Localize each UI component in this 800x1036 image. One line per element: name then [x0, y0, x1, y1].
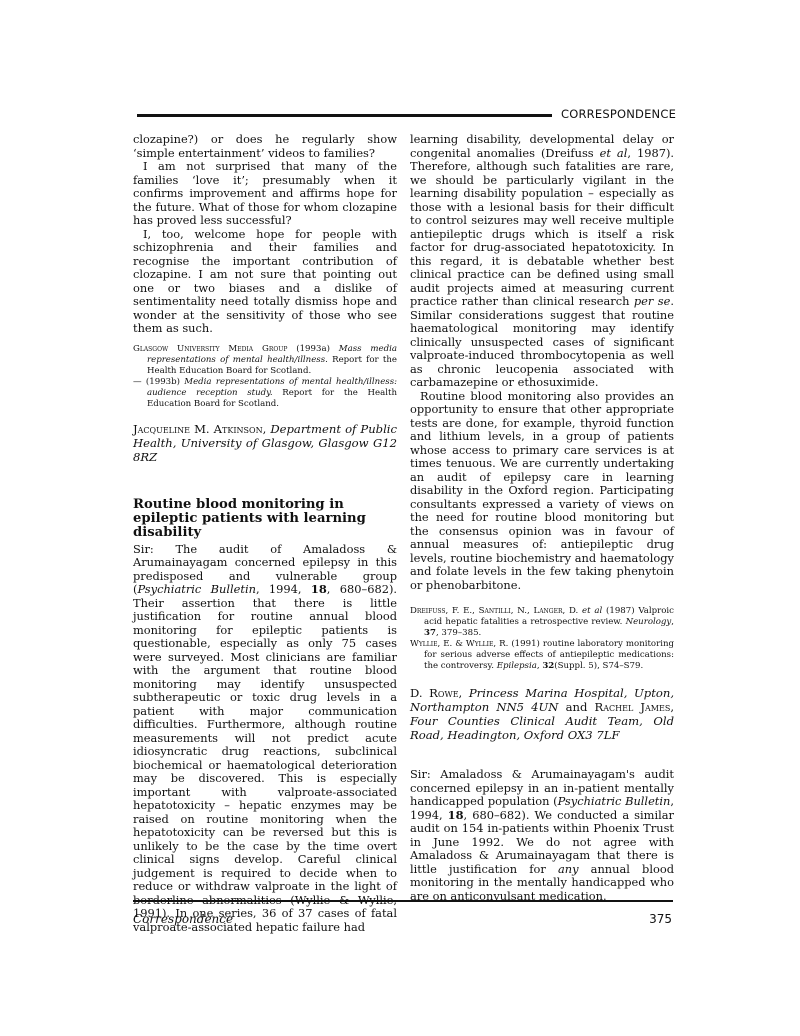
right-column: learning disability, developmental delay… [410, 133, 674, 903]
left-column: clozapine?) or does he regularly show ‘s… [133, 133, 397, 934]
reference-item: Dreifuss, F. E., Santilli, N., Langer, D… [410, 606, 674, 639]
footer-section-name: Correspondence [133, 912, 233, 926]
article-title: Routine blood monitoring in epileptic pa… [133, 498, 397, 540]
header-rule [137, 114, 552, 117]
reference-item: Glasgow University Media Group (1993a) M… [133, 344, 397, 377]
reference-item: — (1993b) Media representations of menta… [133, 377, 397, 410]
paragraph: Routine blood monitoring also provides a… [410, 390, 674, 593]
reference-list: Glasgow University Media Group (1993a) M… [133, 344, 397, 410]
running-head: CORRESPONDENCE [561, 107, 676, 121]
paragraph: learning disability, developmental delay… [410, 133, 674, 390]
paragraph: I am not surprised that many of the fami… [133, 160, 397, 228]
paragraph: Sir: Amaladoss & Arumainayagam's audit c… [410, 768, 674, 903]
reference-item: Wyllie, E. & Wyllie, R. (1991) routine l… [410, 639, 674, 672]
footer-rule [133, 900, 673, 902]
reference-list: Dreifuss, F. E., Santilli, N., Langer, D… [410, 606, 674, 672]
paragraph: I, too, welcome hope for people with sch… [133, 228, 397, 336]
paragraph: Sir: The audit of Amaladoss & Arumainaya… [133, 543, 397, 935]
paragraph: clozapine?) or does he regularly show ‘s… [133, 133, 397, 160]
author-signature: D. Rowe, Princess Marina Hospital, Upton… [410, 686, 674, 742]
author-signature: Jacqueline M. Atkinson, Department of Pu… [133, 422, 397, 464]
page-number: 375 [649, 912, 672, 926]
spacer [410, 742, 674, 768]
